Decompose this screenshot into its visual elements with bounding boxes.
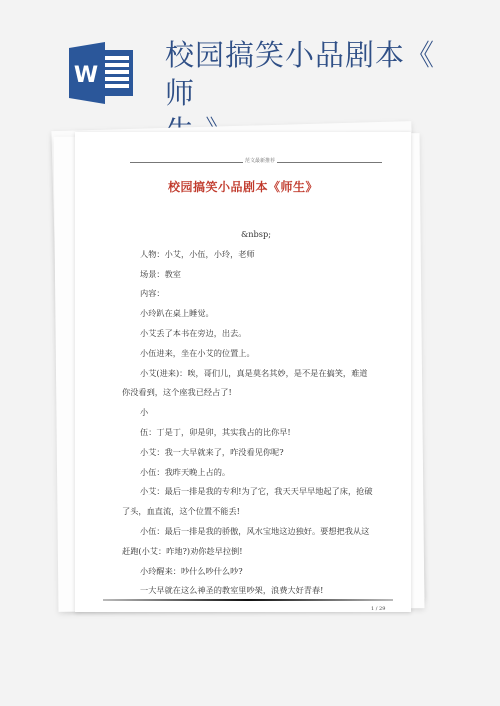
document-page: 范文最新推荐 校园搞笑小品剧本《师生》 &nbsp; 人物：小艾，小伍，小玲，老…: [75, 132, 411, 612]
page-number: 1 / 29: [371, 606, 385, 612]
paragraph: 小玲醒来：吵什么吵什么吵?: [122, 562, 390, 582]
paragraph: 场景：教室: [122, 265, 390, 285]
bottom-rule: [103, 599, 393, 601]
paragraph: 你没看到，这个座我已经占了!: [122, 383, 390, 403]
paragraph: 小艾(进来)：唉，哥们儿，真是莫名其妙，是不是在搞笑，难道: [122, 364, 390, 384]
paragraph: 小伍进来，坐在小艾的位置上。: [122, 344, 390, 364]
top-rule-label: 范文最新推荐: [243, 156, 277, 166]
paragraph: 内容：: [122, 284, 390, 304]
paragraph: 小艾：最后一排是我的专利!为了它，我天天早早地起了床，抢破: [122, 482, 390, 502]
header: W 校园搞笑小品剧本《 师 生 》: [0, 0, 500, 120]
paragraph: &nbsp;: [122, 225, 390, 245]
paragraph: 伍：丁是丁，卯是卯，其实我占的比你早!: [122, 423, 390, 443]
word-document-icon: W: [69, 42, 135, 104]
paragraph: 小玲趴在桌上睡觉。: [122, 304, 390, 324]
paragraph: 小艾丢了本书在旁边，出去。: [122, 324, 390, 344]
paragraph: 赶跑(小艾：咋地?)劝你趁早拉倒!: [122, 542, 390, 562]
svg-text:W: W: [74, 63, 98, 88]
paragraph: 小艾：我一大早就来了，咋没看见你呢?: [122, 443, 390, 463]
paragraph: 了头，血直流，这个位置不能丢!: [122, 502, 390, 522]
paragraph: 人物：小艾，小伍，小玲，老师: [122, 245, 390, 265]
document-title: 校园搞笑小品剧本《师生》: [75, 178, 411, 195]
document-body: &nbsp; 人物：小艾，小伍，小玲，老师 场景：教室 内容： 小玲趴在桌上睡觉…: [122, 225, 390, 601]
paragraph: 小: [122, 403, 390, 423]
paragraph: 小伍：我昨天晚上占的。: [122, 463, 390, 483]
paragraph: 小伍：最后一排是我的骄傲，风水宝地这边独好。要想把我从这: [122, 522, 390, 542]
heading-line-1: 校园搞笑小品剧本《 师: [165, 36, 455, 112]
